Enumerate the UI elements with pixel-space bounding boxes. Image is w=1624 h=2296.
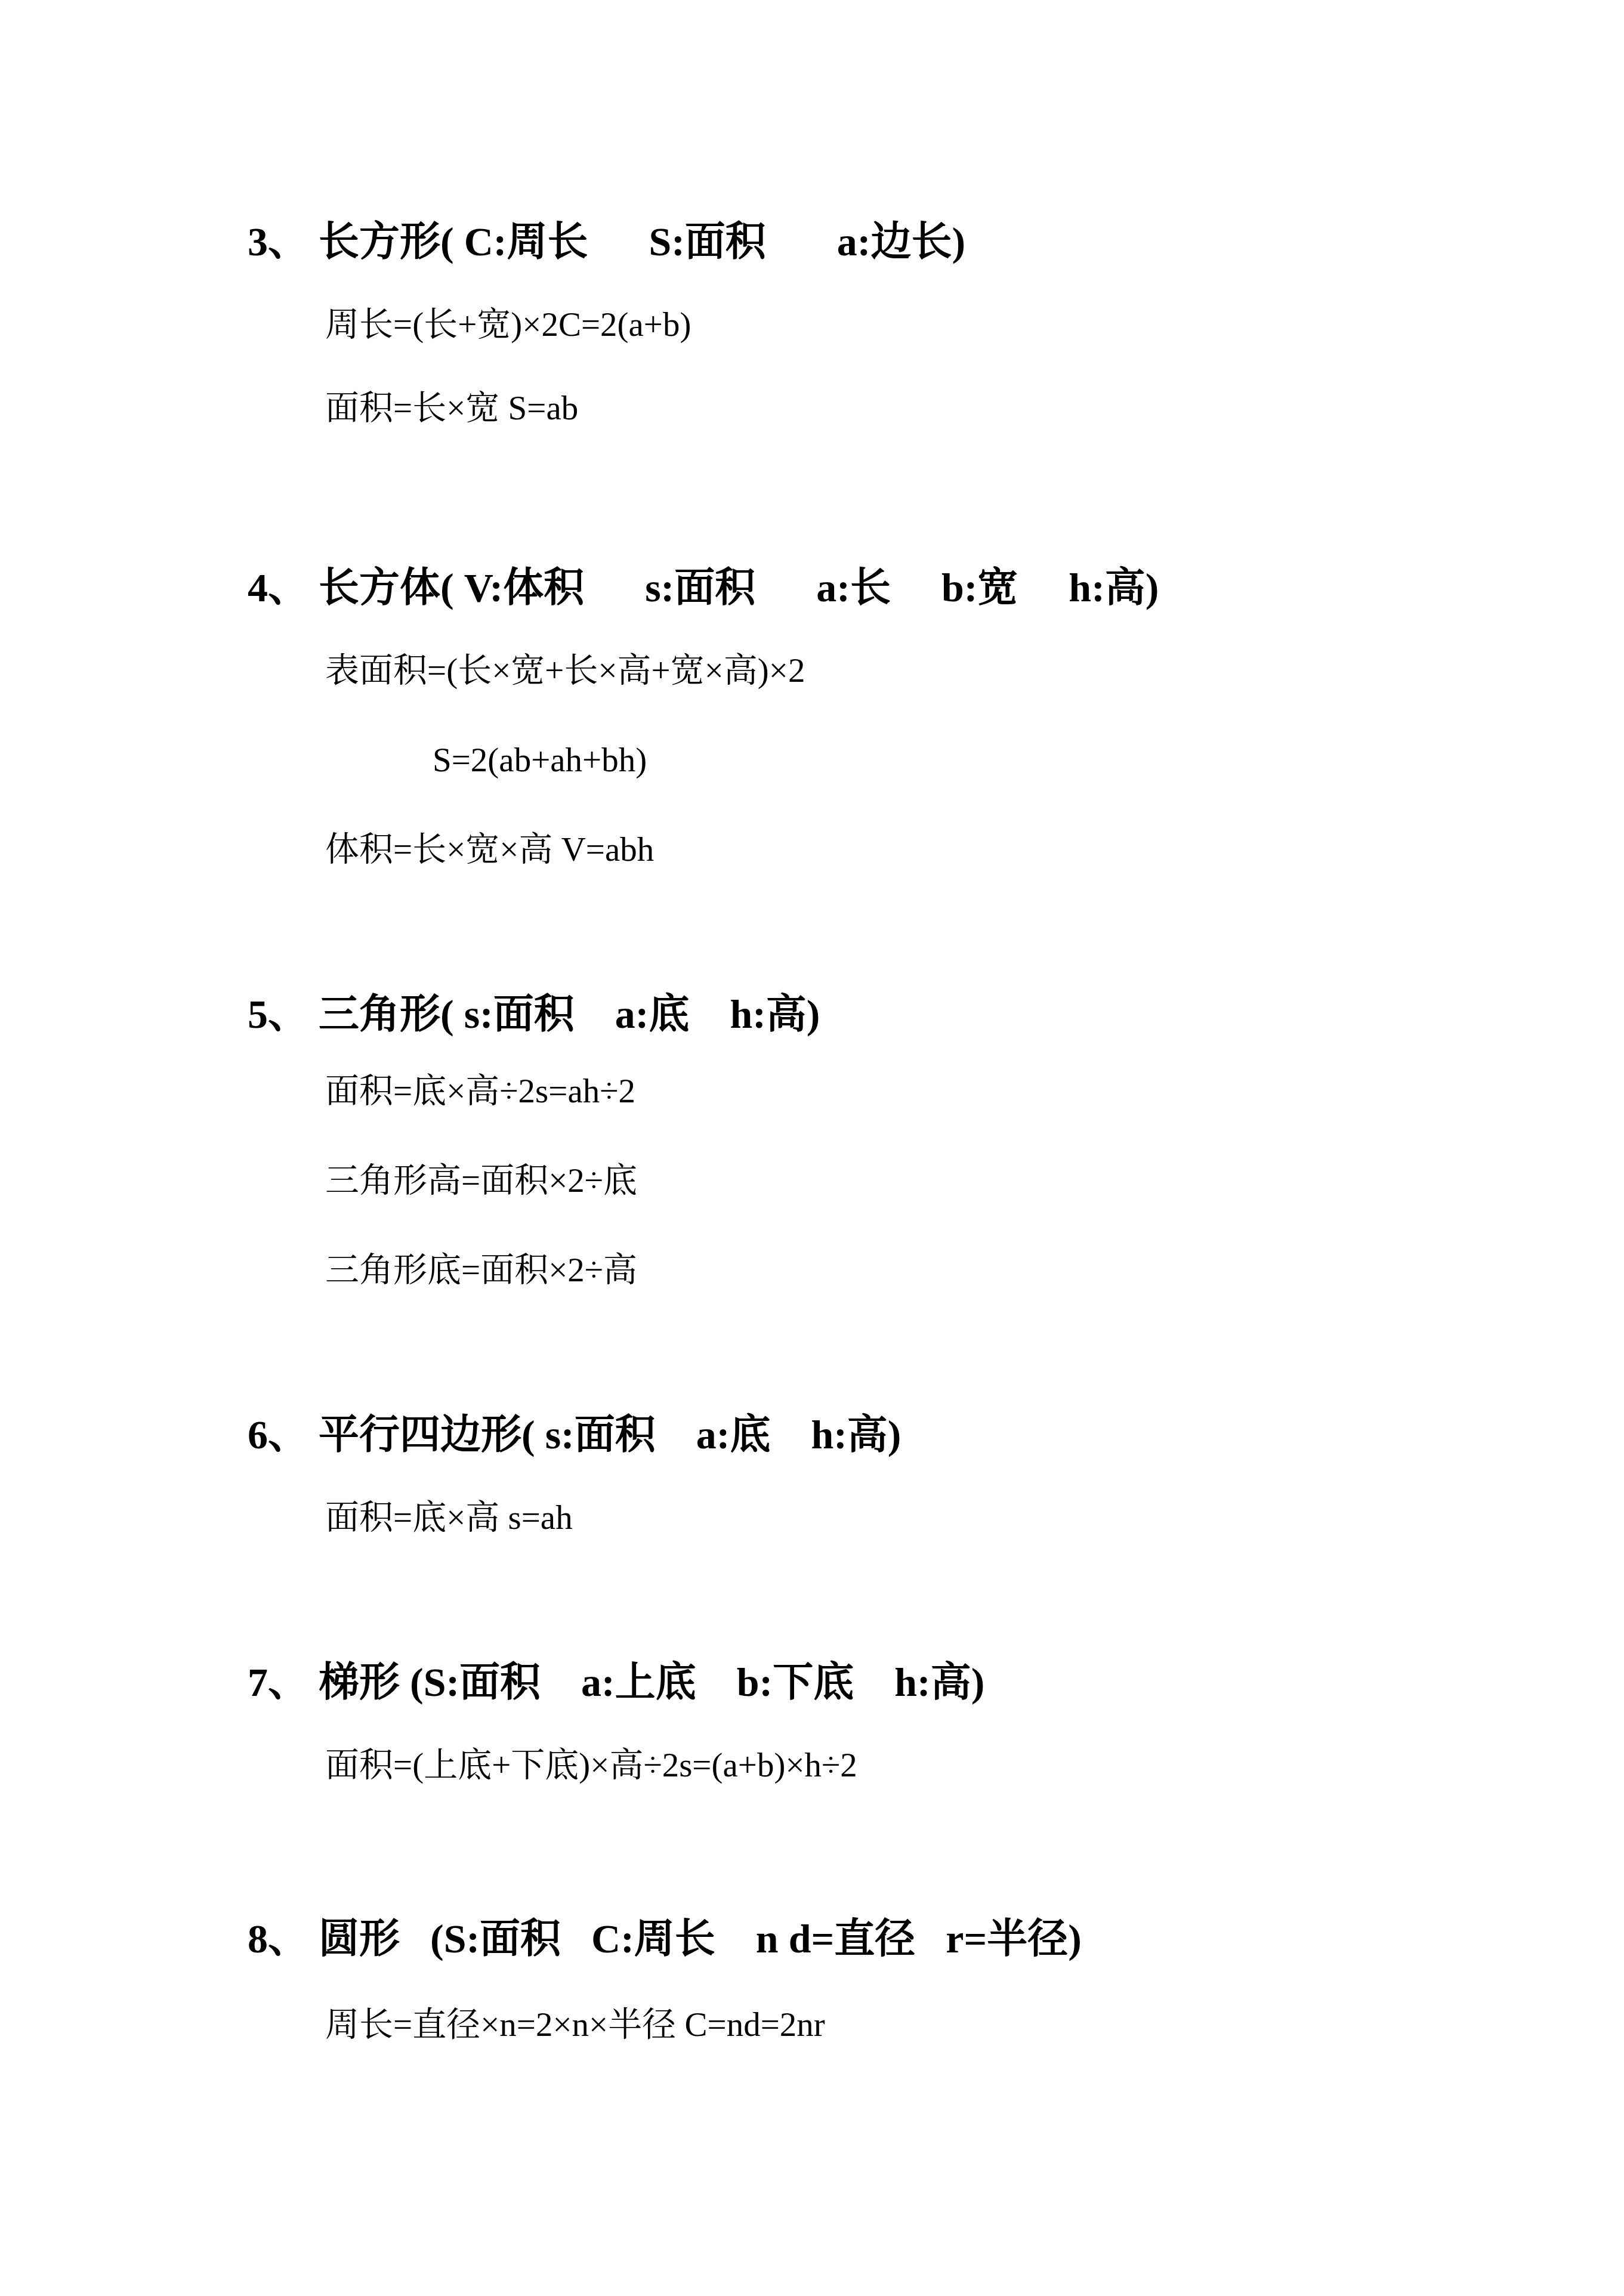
triangle-height-formula: 三角形高=面积×2÷底 xyxy=(325,1154,637,1208)
document-page: 3、 长方形( C:周长 S:面积 a:边长) 周长=(长+宽)×2C=2(a+… xyxy=(0,0,1624,2296)
cuboid-heading: 4、 长方体( V:体积 s:面积 a:长 b:宽 h:高) xyxy=(248,561,1159,614)
circle-heading: 8、 圆形 (S:面积 C:周长 n d=直径 r=半径) xyxy=(248,1912,1082,1966)
rectangle-perimeter-formula: 周长=(长+宽)×2C=2(a+b) xyxy=(325,298,691,352)
cuboid-surface-area-symbolic-formula: S=2(ab+ah+bh) xyxy=(433,734,647,787)
triangle-area-formula: 面积=底×高÷2s=ah÷2 xyxy=(325,1065,635,1118)
cuboid-surface-area-formula: 表面积=(长×宽+长×高+宽×高)×2 xyxy=(325,644,805,698)
rectangle-heading: 3、 长方形( C:周长 S:面积 a:边长) xyxy=(248,215,965,268)
trapezoid-heading: 7、 梯形 (S:面积 a:上底 b:下底 h:高) xyxy=(248,1655,984,1709)
trapezoid-area-formula: 面积=(上底+下底)×高÷2s=(a+b)×h÷2 xyxy=(325,1739,857,1793)
triangle-base-formula: 三角形底=面积×2÷高 xyxy=(325,1244,637,1297)
rectangle-area-formula: 面积=长×宽 S=ab xyxy=(325,382,578,435)
parallelogram-heading: 6、 平行四边形( s:面积 a:底 h:高) xyxy=(248,1408,901,1461)
circle-circumference-formula: 周长=直径×n=2×n×半径 C=nd=2nr xyxy=(325,1998,825,2052)
cuboid-volume-formula: 体积=长×宽×高 V=abh xyxy=(325,823,654,877)
parallelogram-area-formula: 面积=底×高 s=ah xyxy=(325,1491,573,1545)
triangle-heading: 5、 三角形( s:面积 a:底 h:高) xyxy=(248,987,820,1041)
